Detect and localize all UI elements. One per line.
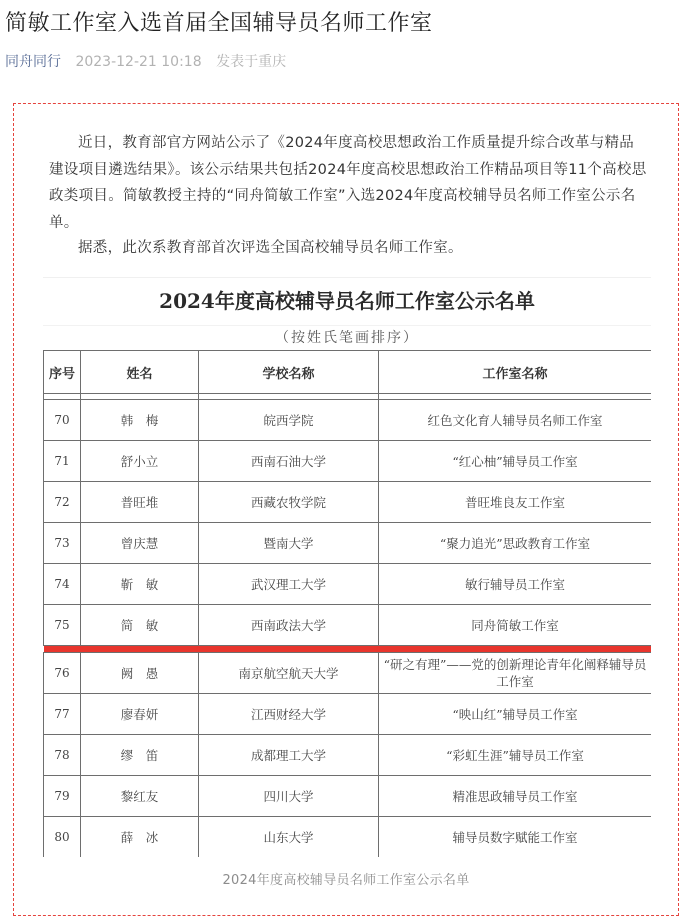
row-name: 曾庆慧 (81, 523, 199, 564)
row-num: 78 (44, 735, 81, 776)
col-header-name: 姓名 (81, 351, 199, 394)
row-school: 四川大学 (199, 776, 379, 817)
row-school: 武汉理工大学 (199, 564, 379, 605)
table-row-highlighted: 75 简 敏 西南政法大学 同舟简敏工作室 (44, 605, 652, 646)
table-row: 80 薛 冰 山东大学 辅导员数字赋能工作室 (44, 817, 652, 858)
row-studio: 辅导员数字赋能工作室 (379, 817, 652, 858)
row-studio: “红心柚”辅导员工作室 (379, 441, 652, 482)
author-link[interactable]: 同舟同行 (5, 54, 61, 70)
publish-location: 发表于重庆 (216, 54, 286, 70)
row-studio: 同舟简敏工作室 (379, 605, 652, 646)
row-name: 薛 冰 (81, 817, 199, 858)
table-row: 76 阙 愚 南京航空航天大学 “研之有理”——党的创新理论青年化阐释辅导员工作… (44, 653, 652, 694)
row-studio: “聚力追光”思政教育工作室 (379, 523, 652, 564)
row-num: 77 (44, 694, 81, 735)
image-title: 2024年度高校辅导员名师工作室公示名单 (43, 277, 651, 326)
row-studio: 敏行辅导员工作室 (379, 564, 652, 605)
row-num: 80 (44, 817, 81, 858)
table-row: 73 曾庆慧 暨南大学 “聚力追光”思政教育工作室 (44, 523, 652, 564)
col-header-num: 序号 (44, 351, 81, 394)
row-school: 西南石油大学 (199, 441, 379, 482)
row-num: 79 (44, 776, 81, 817)
paragraph-1: 近日，教育部官方网站公示了《2024年度高校思想政治工作质量提升综合改革与精品建… (49, 130, 647, 236)
table-header: 序号 姓名 学校名称 工作室名称 (44, 351, 652, 394)
article-meta: 同舟同行 2023-12-21 10:18 发表于重庆 (5, 51, 286, 71)
row-name: 缪 笛 (81, 735, 199, 776)
row-num: 76 (44, 653, 81, 694)
row-num: 70 (44, 400, 81, 441)
row-school: 南京航空航天大学 (199, 653, 379, 694)
table-row: 70 韩 梅 皖西学院 红色文化育人辅导员名师工作室 (44, 400, 652, 441)
col-header-school: 学校名称 (199, 351, 379, 394)
row-name: 韩 梅 (81, 400, 199, 441)
row-studio: “映山红”辅导员工作室 (379, 694, 652, 735)
row-name: 靳 敏 (81, 564, 199, 605)
row-school: 暨南大学 (199, 523, 379, 564)
row-school: 成都理工大学 (199, 735, 379, 776)
row-school: 西南政法大学 (199, 605, 379, 646)
image-subtitle: （按姓氏笔画排序） (43, 325, 651, 351)
row-num: 72 (44, 482, 81, 523)
row-name: 简 敏 (81, 605, 199, 646)
red-highlight-bar (44, 646, 652, 653)
table-row: 72 普旺堆 西藏农牧学院 普旺堆良友工作室 (44, 482, 652, 523)
row-school: 西藏农牧学院 (199, 482, 379, 523)
table-row: 77 廖春妍 江西财经大学 “映山红”辅导员工作室 (44, 694, 652, 735)
studio-list-table: 序号 姓名 学校名称 工作室名称 70 韩 梅 皖西学院 红色文化育人辅导员名师… (43, 350, 651, 857)
row-studio: “彩虹生涯”辅导员工作室 (379, 735, 652, 776)
row-name: 阙 愚 (81, 653, 199, 694)
table-row: 71 舒小立 西南石油大学 “红心柚”辅导员工作室 (44, 441, 652, 482)
row-studio: 普旺堆良友工作室 (379, 482, 652, 523)
row-school: 皖西学院 (199, 400, 379, 441)
list-image[interactable]: 2024年度高校辅导员名师工作室公示名单 （按姓氏笔画排序） 序号 姓名 学校名… (43, 274, 651, 857)
row-name: 普旺堆 (81, 482, 199, 523)
row-studio: 精准思政辅导员工作室 (379, 776, 652, 817)
row-num: 74 (44, 564, 81, 605)
row-studio: 红色文化育人辅导员名师工作室 (379, 400, 652, 441)
row-num: 71 (44, 441, 81, 482)
row-name: 廖春妍 (81, 694, 199, 735)
row-name: 舒小立 (81, 441, 199, 482)
row-school: 江西财经大学 (199, 694, 379, 735)
row-studio: “研之有理”——党的创新理论青年化阐释辅导员工作室 (379, 653, 652, 694)
row-num: 75 (44, 605, 81, 646)
table-row: 74 靳 敏 武汉理工大学 敏行辅导员工作室 (44, 564, 652, 605)
col-header-studio: 工作室名称 (379, 351, 652, 394)
article-title: 简敏工作室入选首届全国辅导员名师工作室 (5, 6, 433, 37)
row-school: 山东大学 (199, 817, 379, 858)
row-num: 73 (44, 523, 81, 564)
paragraph-2: 据悉，此次系教育部首次评选全国高校辅导员名师工作室。 (49, 235, 647, 262)
row-name: 黎红友 (81, 776, 199, 817)
table-row: 78 缪 笛 成都理工大学 “彩虹生涯”辅导员工作室 (44, 735, 652, 776)
publish-date: 2023-12-21 10:18 (75, 54, 201, 70)
table-row: 79 黎红友 四川大学 精准思政辅导员工作室 (44, 776, 652, 817)
image-caption: 2024年度高校辅导员名师工作室公示名单 (14, 869, 678, 888)
content-box: 近日，教育部官方网站公示了《2024年度高校思想政治工作质量提升综合改革与精品建… (13, 103, 679, 916)
